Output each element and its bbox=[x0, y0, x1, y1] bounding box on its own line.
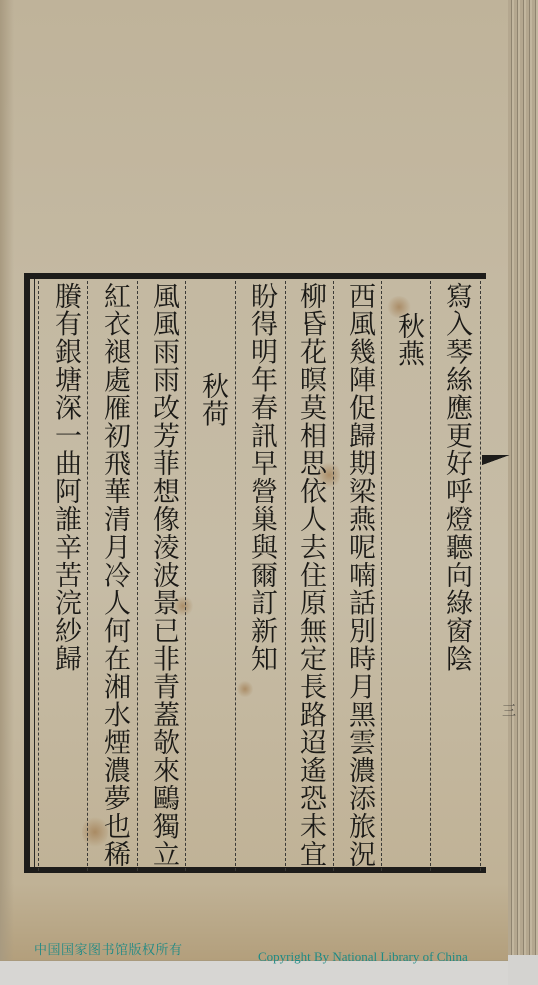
fishtail-fold-mark bbox=[482, 455, 512, 469]
text-column-4: 柳昏花暝莫相思依人去住原無定長路迢遙恐未宜 bbox=[290, 282, 330, 868]
text-column-5: 盼得明年春訊早營巢與爾訂新知 bbox=[241, 282, 281, 673]
column-divider bbox=[185, 281, 186, 871]
poem-title-autumn-swallow: 秋燕 bbox=[388, 312, 428, 368]
watermark-english: Copyright By National Library of China bbox=[258, 949, 468, 965]
column-divider bbox=[333, 281, 334, 871]
column-divider bbox=[38, 281, 39, 871]
text-column-8: 紅衣褪處雁初飛華清月冷人何在湘水煙濃夢也稀 bbox=[94, 282, 134, 868]
column-divider bbox=[480, 281, 481, 871]
column-divider bbox=[87, 281, 88, 871]
text-column-1: 寫入琴絲應更好呼燈聽向綠窗陰 bbox=[436, 282, 476, 673]
column-divider bbox=[285, 281, 286, 871]
text-column-7: 風風雨雨改芳菲想像淩波景已非青蓋欹來鷗獨立 bbox=[143, 282, 183, 868]
stacked-page-edges bbox=[508, 0, 538, 985]
margin-page-mark: 三 bbox=[498, 703, 518, 717]
text-column-3: 西風幾陣促歸期梁燕呢喃話別時月黑雲濃添旅況 bbox=[339, 282, 379, 868]
watermark-chinese: 中国国家图书馆版权所有 bbox=[34, 939, 183, 958]
text-column-9: 賸有銀塘深一曲阿誰辛苦浣紗歸 bbox=[45, 282, 85, 673]
column-divider bbox=[235, 281, 236, 871]
poem-title-autumn-lotus: 秋荷 bbox=[192, 372, 232, 428]
column-divider bbox=[137, 281, 138, 871]
column-divider bbox=[381, 281, 382, 871]
column-divider bbox=[430, 281, 431, 871]
